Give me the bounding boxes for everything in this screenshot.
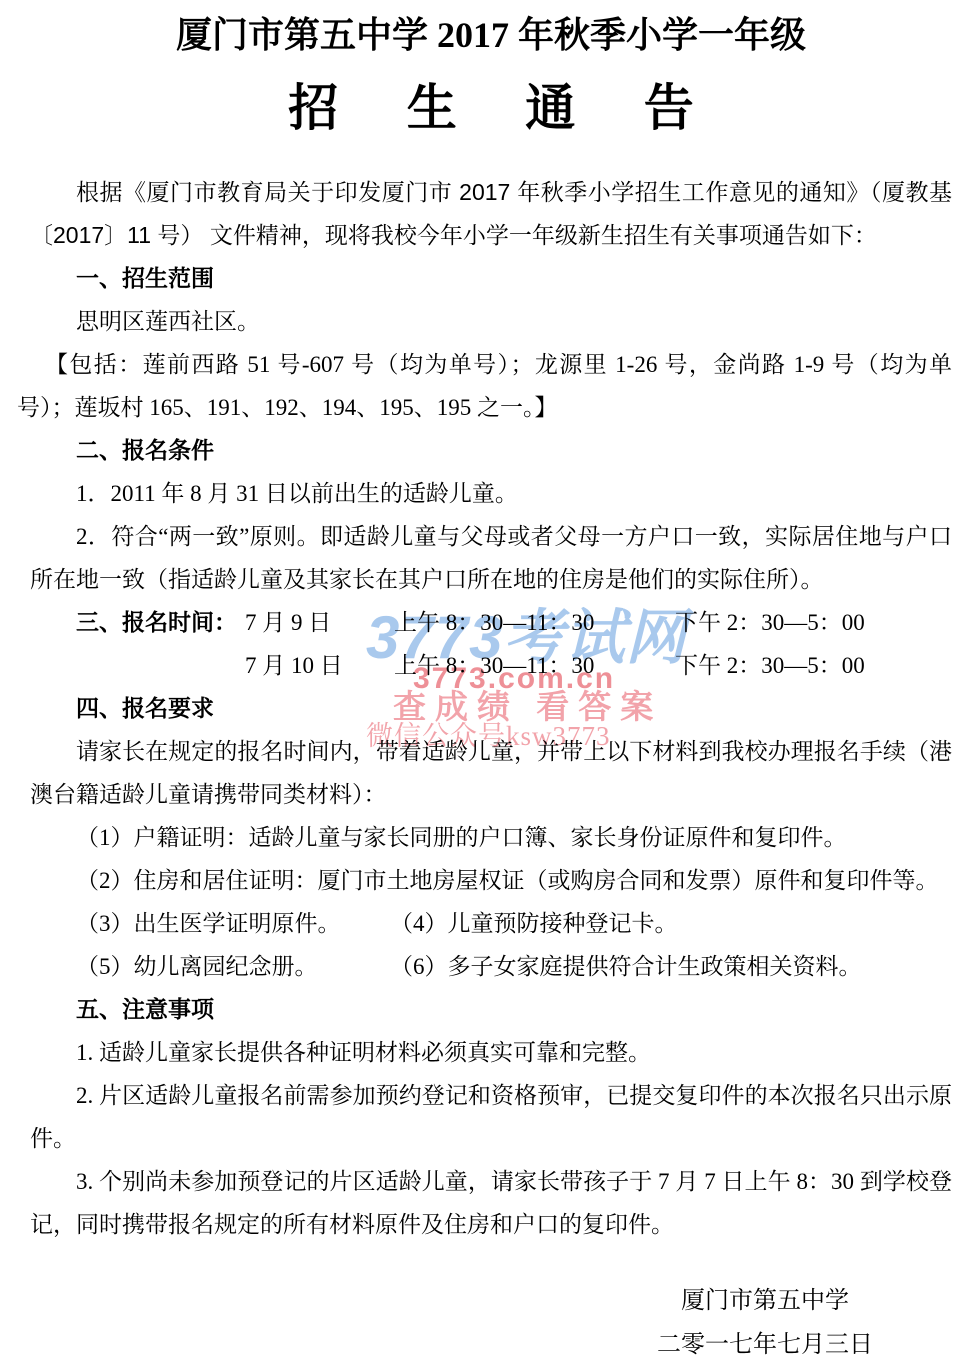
schedule-morning-time: 上午 8：30—11：30: [394, 644, 594, 687]
section4-item-3: （3）出生医学证明原件。: [76, 902, 390, 945]
section5-note-2: 2. 片区适龄儿童报名前需参加预约登记和资格预审，已提交复印件的本次报名只出示原…: [30, 1074, 952, 1160]
section4-item-2: （2）住房和居住证明：厦门市土地房屋权证（或购房合同和发票）原件和复印件等。: [30, 859, 952, 902]
section4-items-3-4: （3）出生医学证明原件。（4）儿童预防接种登记卡。: [30, 902, 952, 945]
schedule-row-1: 三、报名时间： 7 月 9 日 上午 8：30—11：30 下午 2：30—5：…: [30, 601, 952, 644]
signature-school-name: 厦门市第五中学: [600, 1279, 930, 1323]
section4-item-4: （4）儿童预防接种登记卡。: [390, 911, 678, 936]
section1-scope: 思明区莲西社区。: [30, 300, 952, 343]
schedule-afternoon-time: 下午 2：30—5：00: [675, 601, 865, 644]
signature-block: 厦门市第五中学 二零一七年七月三日: [600, 1279, 930, 1363]
section5-heading: 五、注意事项: [30, 988, 952, 1031]
signature-date: 二零一七年七月三日: [600, 1323, 930, 1363]
section5-note-1: 1. 适龄儿童家长提供各种证明材料必须真实可靠和完整。: [30, 1031, 952, 1074]
section2-heading: 二、报名条件: [30, 429, 952, 472]
section4-intro: 请家长在规定的报名时间内，带着适龄儿童，并带上以下材料到我校办理报名手续（港澳台…: [30, 730, 952, 816]
schedule-row-2: 7 月 10 日 上午 8：30—11：30 下午 2：30—5：00: [30, 644, 952, 687]
intro-paragraph: 根据《厦门市教育局关于印发厦门市 2017 年秋季小学招生工作意见的通知》（厦教…: [30, 171, 952, 257]
schedule-date: 7 月 9 日: [245, 601, 331, 644]
schedule-morning-time: 上午 8：30—11：30: [394, 601, 594, 644]
section2-item-1: 1．2011 年 8 月 31 日以前出生的适龄儿童。: [30, 472, 952, 515]
document-content: 厦门市第五中学 2017 年秋季小学一年级 招 生 通 告 根据《厦门市教育局关…: [30, 0, 952, 1246]
section4-item-5: （5）幼儿离园纪念册。: [76, 945, 390, 988]
section1-address-detail: 【包括：莲前西路 51 号-607 号（均为单号）；龙源里 1-26 号，金尚路…: [17, 343, 952, 429]
document-title-line2: 招 生 通 告: [30, 76, 952, 140]
section2-item-2: 2．符合“两一致”原则。即适龄儿童与父母或者父母一方户口一致，实际居住地与户口所…: [30, 515, 952, 601]
section4-items-5-6: （5）幼儿离园纪念册。（6）多子女家庭提供符合计生政策相关资料。: [30, 945, 952, 988]
document-page: 3773考试网 3773.com.cn 查成绩 看答案 微信公众号ksw3773…: [0, 0, 980, 1363]
section1-heading: 一、招生范围: [30, 257, 952, 300]
section4-item-6: （6）多子女家庭提供符合计生政策相关资料。: [390, 954, 862, 979]
section5-note-3: 3. 个别尚未参加预登记的片区适龄儿童，请家长带孩子于 7 月 7 日上午 8：…: [30, 1160, 952, 1246]
section4-item-1: （1）户籍证明：适龄儿童与家长同册的户口簿、家长身份证原件和复印件。: [30, 816, 952, 859]
schedule-date: 7 月 10 日: [245, 644, 343, 687]
section3-heading: 三、报名时间：: [30, 609, 237, 635]
schedule-afternoon-time: 下午 2：30—5：00: [675, 644, 865, 687]
document-title-line1: 厦门市第五中学 2017 年秋季小学一年级: [30, 12, 952, 58]
section4-heading: 四、报名要求: [30, 687, 952, 730]
